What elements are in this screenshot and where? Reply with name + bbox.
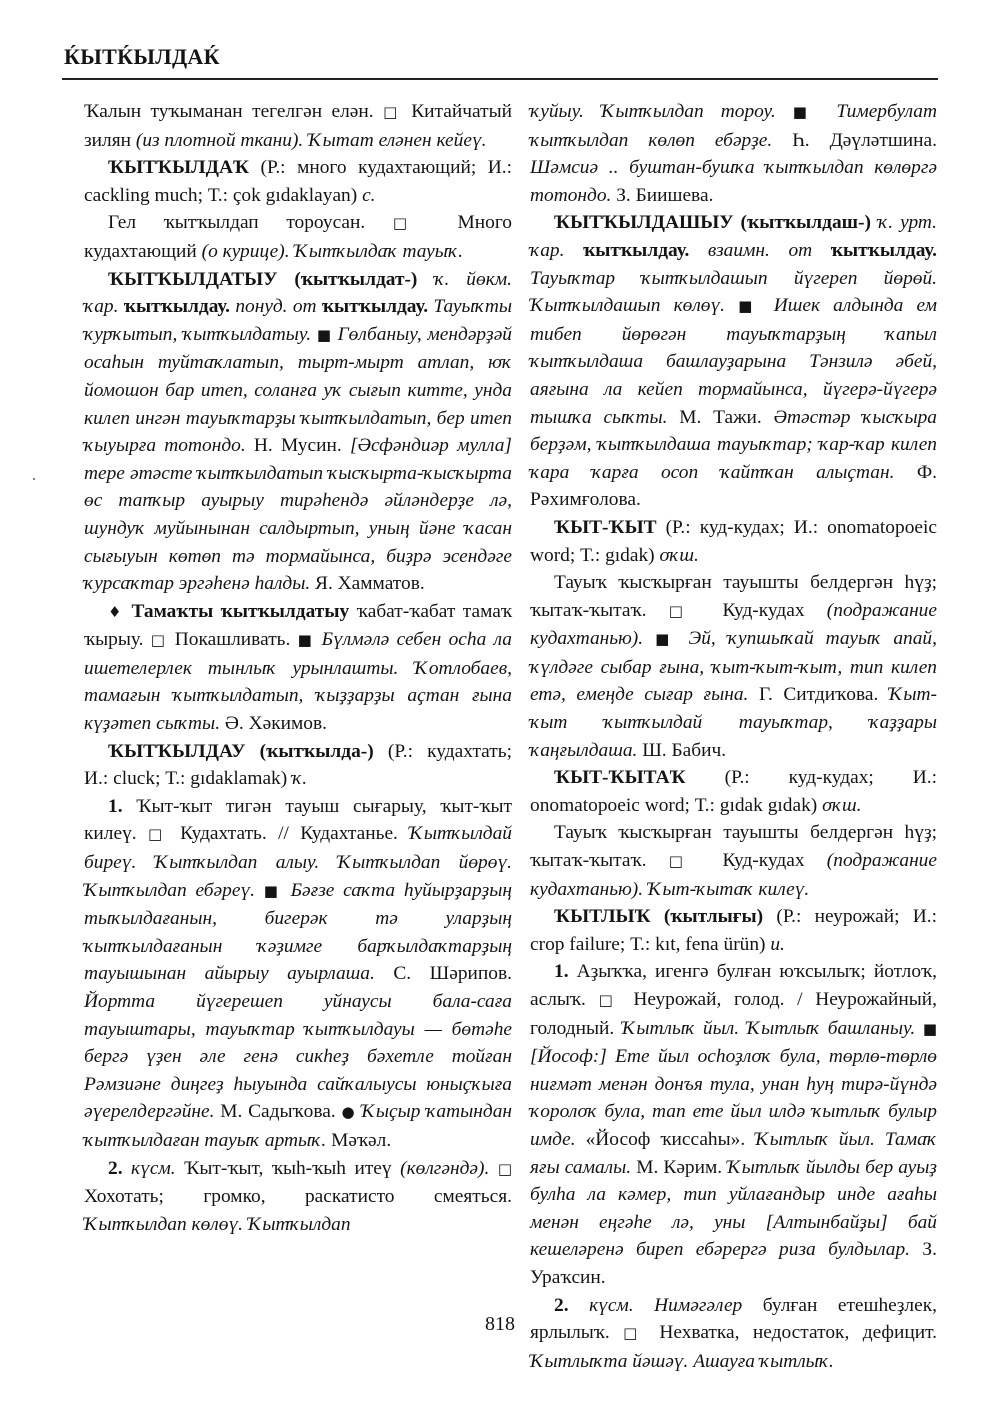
dictionary-paragraph: ҡуйыу. Ҡытҡылдап тороу. ■ Тимербулат ҡыт… [530,98,937,209]
headword-bold: ҠЫТҠЫЛДАУ (ҡытҡылда-) [108,741,374,762]
body-text: Г. Ситдиҡова. [748,684,888,705]
white-square-icon: □ [151,631,168,649]
body-text [776,101,793,122]
dictionary-paragraph: Гел ҡытҡылдап тороусан. □ Много кудахтаю… [84,209,512,265]
body-text: Ҡыт-ҡыт, ҡыһ-ҡыһ итеү [176,1158,400,1179]
body-text [489,1158,498,1179]
example-italic: Ҡытлыҡта йәшәү. Ашауға ҡытлыҡ. [530,1351,834,1372]
body-text [123,1158,132,1179]
body-text: Ш. Бабич. [637,740,726,761]
black-square-icon: ■ [264,882,282,900]
example-italic: Ҡытат еләнен кейеү. [308,130,486,151]
running-head: ЌЫТЌЫЛДАЌ [64,44,220,70]
black-square-icon: ■ [923,1020,937,1038]
white-square-icon: □ [669,602,701,620]
dictionary-paragraph: ҠЫТ-ҠЫТ (Р.: куд-кудах; И.: onomatopoeic… [530,514,937,569]
diamond-icon: ♦ [108,603,124,621]
white-square-icon: □ [599,991,621,1009]
example-italic: с. [362,185,375,206]
example-italic: оҡш. [659,545,698,566]
white-square-icon: □ [383,103,402,121]
dictionary-paragraph: ҠЫТ-ҠЫТАҠ (Р.: куд-кудах; И.: onomatopoe… [530,764,937,819]
body-text [676,628,688,649]
body-text: Куд-кудах [700,850,827,871]
body-text: Покашливать. [167,629,297,650]
body-text: Н. Мусин. [246,435,350,456]
headword-bold: ҡытҡылдау. [831,240,937,261]
black-square-icon: ■ [793,103,819,121]
body-text [819,101,836,122]
example-italic: Ҡытлыҡ йыл. Ҡытлыҡ башланыу. [622,1018,915,1039]
body-text [643,628,655,649]
example-italic: Ҡытҡылдап көлөү. Ҡытҡылдап [84,1214,351,1235]
body-text: Кудахтать. // Кудахтанье. [169,823,410,844]
dictionary-paragraph: ҠЫТҠЫЛДАУ (ҡытҡылда-) (Р.: кудахтать; И.… [84,738,512,793]
margin-speck [33,478,35,480]
body-text: Ҡалын туҡыманан тегелгән елән. [84,101,383,122]
headword-bold: Тамаҡты ҡытҡылдатыу [131,601,349,622]
body-text [282,880,291,901]
body-text: М. Тажи. [667,407,773,428]
example-italic: [Әсфәндиәр мулла] тере әтәсте ҡытҡылдаты… [84,435,512,594]
body-text: «Йософ ҡиссаһы». [576,1129,756,1150]
headword-bold: ҠЫТ-ҠЫТАҠ [554,767,686,788]
dictionary-paragraph: 2. күсм. Ҡыт-ҡыт, ҡыһ-ҡыһ итеү (көлгәндә… [84,1155,512,1239]
headword-bold: ҡытҡылдау. [583,240,689,261]
body-text: Куд-кудах [700,600,827,621]
body-text: Һ. Дәүләтшина. [772,130,937,151]
body-text [417,269,434,290]
headword-bold: 2. [108,1158,123,1179]
body-text [689,240,708,261]
dictionary-paragraph: ҠЫТҠЫЛДАТЫУ (ҡытҡылдат-) ҡ. йөкм. ҡар. ҡ… [84,266,512,598]
example-italic: (из плотной ткани). [136,130,303,151]
body-text [871,212,878,233]
body-text [761,295,774,316]
black-square-icon: ■ [738,297,760,315]
body-text: Я. Хамматов. [310,573,425,594]
dictionary-paragraph: ҠЫТҠЫЛДАҠ (Р.: много кудахтающий; И.: ca… [84,154,512,209]
right-column: ҡуйыу. Ҡытҡылдап тороу. ■ Тимербулат ҡыт… [530,98,937,1375]
example-italic: ҡуйыу. Ҡытҡылдап тороу. [530,101,776,122]
body-text: М. Кәрим. [631,1157,727,1178]
example-italic: оҡш. [822,795,861,816]
white-square-icon: □ [148,825,169,843]
body-text [314,629,321,650]
dictionary-paragraph: ♦ Тамаҡты ҡытҡылдатыу ҡабат-ҡабат тамаҡ … [84,598,512,738]
headword-bold: ҠЫТҠЫЛДАТЫУ (ҡытҡылдат-) [108,269,417,290]
body-text [725,295,738,316]
body-text: Мәҡәл. [326,1130,391,1151]
body-text [812,240,831,261]
black-square-icon: ■ [298,631,315,649]
example-italic: күсм. [131,1158,176,1179]
headword-bold: ҡытҡылдау. [124,296,230,317]
dictionary-paragraph: Тауыҡ ҡысҡырған тауышты белдергән һүҙ; ҡ… [530,819,937,903]
body-text: Гел ҡытҡылдап тороусан. [108,212,393,233]
header-rule [62,78,938,80]
headword-bold: ҠЫТҠЫЛДАШЫУ (ҡытҡылдаш-) [554,212,871,233]
body-text [255,880,264,901]
example-italic: и. [770,934,785,955]
dictionary-paragraph: Тауыҡ ҡысҡырған тауышты белдергән һүҙ; ҡ… [530,569,937,764]
example-italic: ҡ. [292,768,307,789]
body-text [564,240,583,261]
dictionary-paragraph: Ҡалын туҡыманан тегелгән елән. □ Китайча… [84,98,512,154]
bullet-icon: ● [342,1103,356,1121]
headword-bold: ҡытҡылдау. [322,296,428,317]
white-square-icon: □ [393,214,430,232]
example-italic: понуд. от [235,296,316,317]
headword-bold: ҠЫТЛЫҠ (ҡытлығы) [554,906,763,927]
dictionary-paragraph: ҠЫТЛЫҠ (ҡытлығы) (Р.: неурожай; И.: crop… [530,903,937,958]
body-text: С. Шәрипов. [375,963,512,984]
white-square-icon: □ [669,852,701,870]
dictionary-paragraph: ҠЫТҠЫЛДАШЫУ (ҡытҡылдаш-) ҡ. урт. ҡар. ҡы… [530,209,937,514]
example-italic: (көлгәндә). [400,1158,489,1179]
headword-bold: ҠЫТ-ҠЫТ [554,517,657,538]
dictionary-paragraph: 1. Аҙыҡҡа, игенгә булған юҡсылыҡ; йотлоҡ… [530,958,937,1291]
page-number: 818 [0,1313,1000,1336]
body-text: М. Садыҡова. [214,1101,341,1122]
body-text: З. Биишева. [611,185,713,206]
body-text: Хохотать; громко, раскатисто смеяться. [84,1186,512,1207]
example-italic: взаимн. от [708,240,812,261]
body-text: Ә. Хәкимов. [220,713,327,734]
white-square-icon: □ [498,1160,512,1178]
left-column: Ҡалын туҡыманан тегелгән елән. □ Китайча… [84,98,512,1238]
body-text [915,1018,923,1039]
dictionary-paragraph: 1. Ҡыт-ҡыт тигән тауыш сығарыу, ҡыт-ҡыт … [84,793,512,1155]
headword-bold: ҠЫТҠЫЛДАҠ [108,157,249,178]
example-italic: Шәмсиә .. буштан-бушҡа ҡытҡылдап көлөргә… [530,157,937,206]
headword-bold: 1. [108,796,123,817]
headword-bold: 1. [554,961,569,982]
black-square-icon: ■ [655,630,676,648]
black-square-icon: ■ [317,326,332,344]
example-italic: (о курице). Ҡытҡылдаҡ тауыҡ. [202,241,463,262]
